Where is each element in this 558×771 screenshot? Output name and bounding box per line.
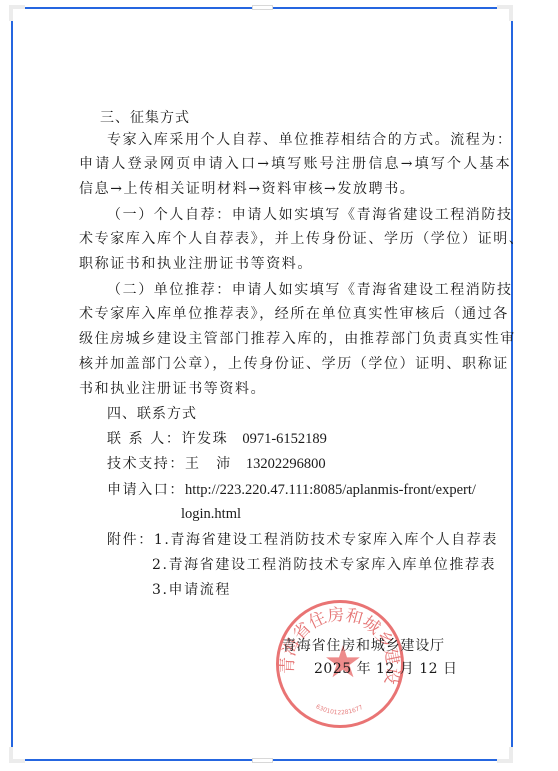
section-heading-contact: 四、联系方式 bbox=[107, 404, 197, 424]
tech-support-label: 技术支持： bbox=[107, 456, 185, 472]
signature-date: 2025 年 12 月 12 日 bbox=[314, 659, 458, 679]
paragraph-line: （一）个人自荐：申请人如实填写《青海省建设工程消防技 bbox=[107, 205, 513, 225]
paragraph-line: 申请人登录网页申请入口→填写账号注册信息→填写个人基本 bbox=[79, 154, 512, 174]
svg-text:6301012281677: 6301012281677 bbox=[315, 703, 365, 716]
contact-name: 许发珠 bbox=[182, 431, 229, 447]
contact-row: 联 系 人：许发珠0971-6152189 bbox=[107, 429, 327, 449]
paragraph-line: 术专家库入库个人自荐表》，并上传身份证、学历（学位）证明、 bbox=[79, 229, 524, 249]
attachment-item: 3.申请流程 bbox=[152, 580, 231, 600]
tech-support-phone: 13202296800 bbox=[246, 456, 326, 472]
attachment-row: 附件：1.青海省建设工程消防技术专家库入库个人自荐表 bbox=[107, 530, 498, 550]
attachment-item: 1.青海省建设工程消防技术专家库入库个人自荐表 bbox=[154, 532, 498, 548]
signature-org: 青海省住房和城乡建设厅 bbox=[282, 636, 445, 656]
tech-support-row: 技术支持：王 沛13202296800 bbox=[107, 454, 326, 474]
attachment-item: 2.青海省建设工程消防技术专家库入库单位推荐表 bbox=[152, 555, 496, 575]
portal-row: 申请入口：http://223.220.47.111:8085/aplanmis… bbox=[107, 480, 476, 500]
attachments-label: 附件： bbox=[107, 532, 154, 548]
paragraph-line: 级住房城乡建设主管部门推荐入库的，由推荐部门负责真实性审 bbox=[79, 329, 516, 349]
document-page: 三、征集方式 专家入库采用个人自荐、单位推荐相结合的方式。流程为： 申请人登录网… bbox=[0, 0, 558, 771]
paragraph-line: 术专家库入库单位推荐表》，经所在单位真实性审核后（通过各 bbox=[79, 304, 509, 324]
tech-support-name: 王 沛 bbox=[185, 456, 232, 472]
paragraph-line: （二）单位推荐：申请人如实填写《青海省建设工程消防技 bbox=[107, 280, 513, 300]
contact-phone: 0971-6152189 bbox=[242, 431, 327, 447]
paragraph-line: 核并加盖部门公章），上传身份证、学历（学位）证明、职称证 bbox=[79, 354, 509, 374]
portal-url[interactable]: http://223.220.47.111:8085/aplanmis-fron… bbox=[185, 482, 476, 498]
portal-url-continued[interactable]: login.html bbox=[181, 504, 241, 524]
contact-label: 联 系 人： bbox=[107, 431, 182, 447]
section-heading-collection-method: 三、征集方式 bbox=[100, 108, 190, 128]
portal-label: 申请入口： bbox=[107, 482, 185, 498]
paragraph-line: 信息→上传相关证明材料→资料审核→发放聘书。 bbox=[79, 179, 415, 199]
paragraph-line: 书和执业注册证书等资料。 bbox=[79, 379, 266, 399]
paragraph-line: 职称证书和执业注册证书等资料。 bbox=[79, 254, 313, 274]
paragraph-line: 专家入库采用个人自荐、单位推荐相结合的方式。流程为： bbox=[107, 130, 513, 150]
